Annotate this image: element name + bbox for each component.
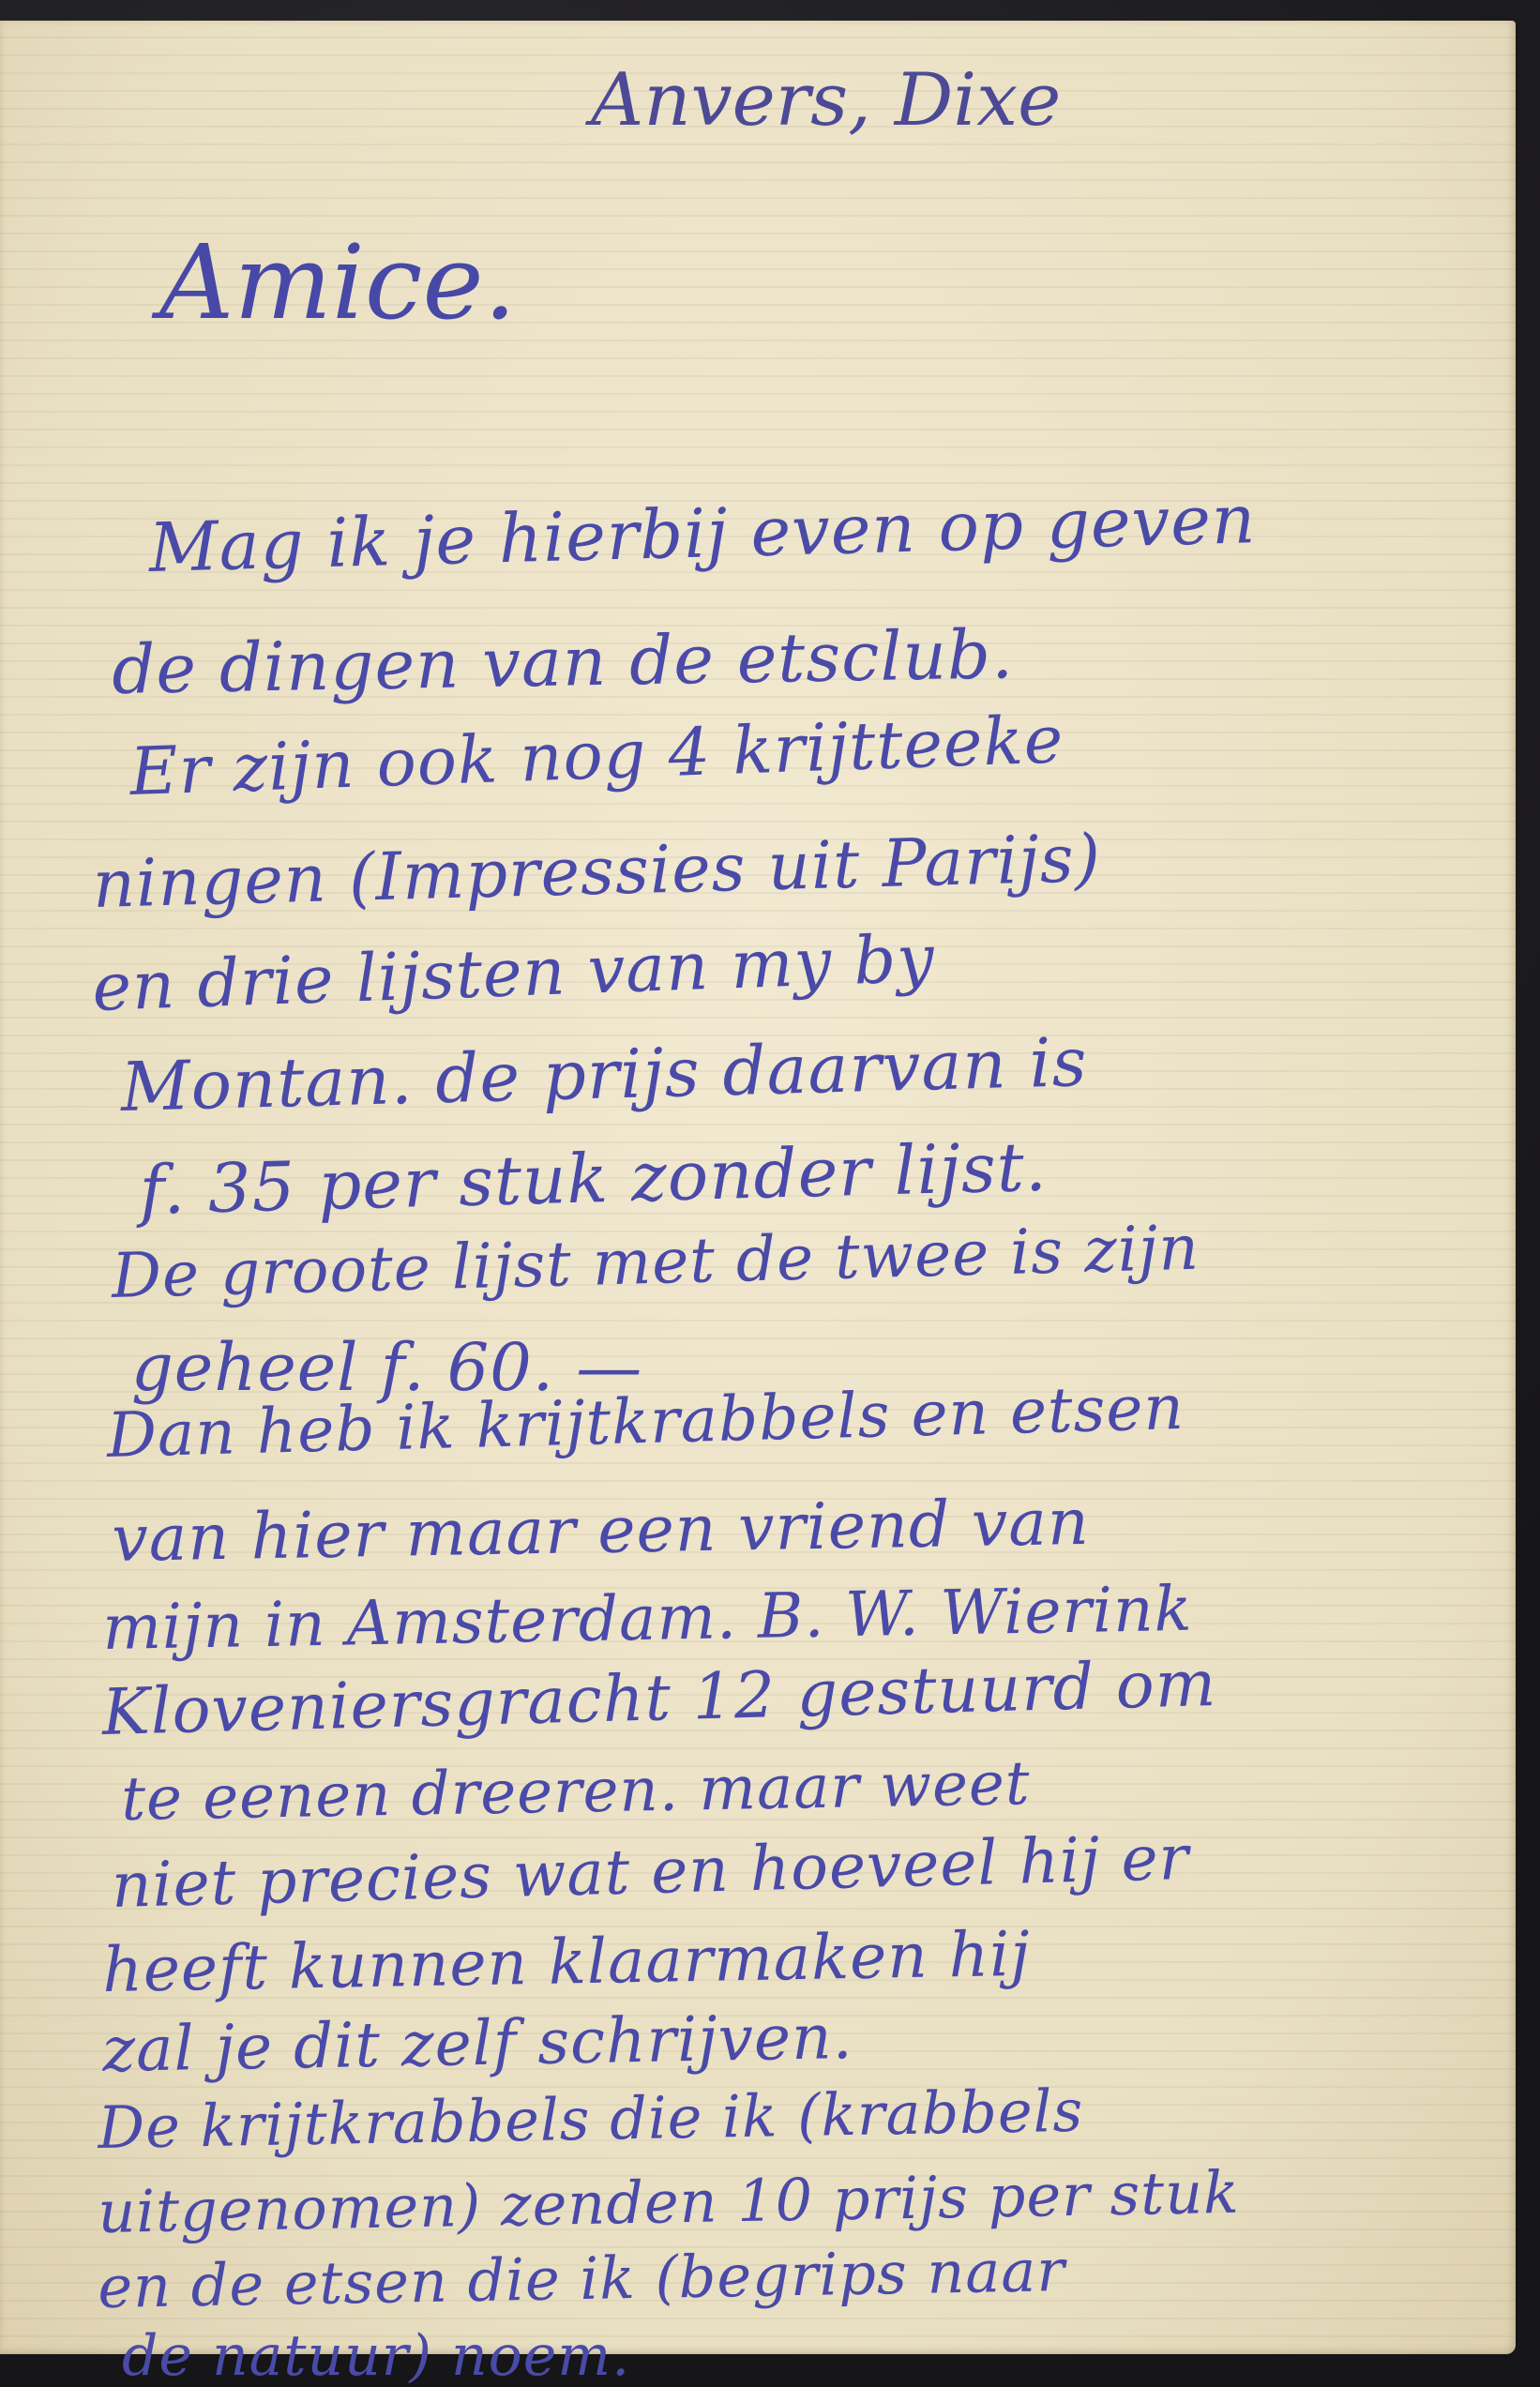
letter-content: Anvers, Dixe Amice. Mag ik je hierbij ev… [0,21,1516,2354]
letter-line: de dingen van de etsclub. [112,614,1015,709]
letter-line: ningen (Impressies uit Parijs) [92,820,1102,923]
letter-line: Er zijn ook nog 4 krijtteeke [128,701,1064,810]
letter-line: f. 35 per stuk zonder lijst. [139,1127,1049,1230]
letter-line: en drie lijsten van my by [91,920,936,1026]
letter-line: mijn in Amsterdam. B. W. Wierink [102,1573,1194,1664]
letter-line: zal je dit zelf schrijven. [102,2001,853,2086]
letter-line: en de etsen die ik (begrips naar [98,2236,1066,2321]
letter-salutation: Amice. [159,222,517,342]
letter-place-date: Anvers, Dixe [591,58,1061,143]
letter-line: van hier maar een vriend van [112,1486,1091,1577]
letter-line: uitgenomen) zenden 10 prijs per stuk [98,2158,1240,2246]
letter-line: Mag ik je hierbij even op geven [148,479,1257,587]
letter-line: heeft kunnen klaarmaken hij [102,1918,1032,2006]
letter-line: Montan. de prijs daarvan is [120,1022,1089,1126]
letter-line: te eenen dreeren. maar weet [121,1749,1031,1835]
letter-line: de natuur) noem. [122,2323,630,2387]
letter-line: Kloveniersgracht 12 gestuurd om [101,1647,1217,1750]
letter-line: De krijtkrabbels die ik (krabbels [98,2077,1084,2162]
letter-line: niet precies wat en hoeveel hij er [111,1821,1190,1922]
letter-sheet: Anvers, Dixe Amice. Mag ik je hierbij ev… [0,21,1516,2354]
letter-line: De groote lijst met de twee is zijn [111,1212,1200,1312]
